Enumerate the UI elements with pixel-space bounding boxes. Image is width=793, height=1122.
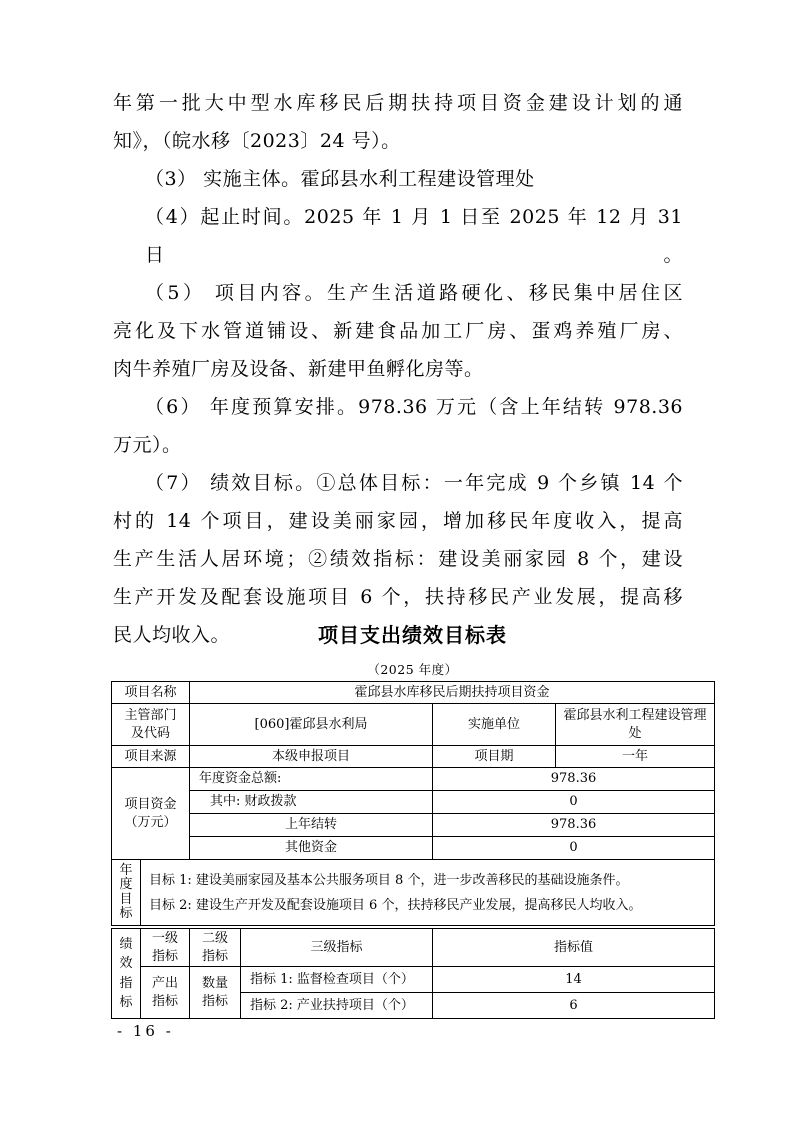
- perf-header-level2: 二级 指标: [190, 929, 241, 967]
- body-line: （6） 年度预算安排。978.36 万元（含上年结转 978.36: [113, 388, 683, 426]
- implement-unit-label: 实施单位: [433, 704, 556, 746]
- department-value: [060]霍邱县水利局: [190, 704, 433, 746]
- source-label: 项目来源: [112, 746, 190, 768]
- body-line: 生产生活人居环境；②绩效指标：建设美丽家园 8 个，建设: [113, 540, 683, 578]
- table-title: 项目支出绩效目标表: [111, 619, 714, 648]
- perf-header-value: 指标值: [433, 929, 715, 967]
- funds-fiscal-value: 0: [433, 791, 715, 814]
- body-line: 肉牛养殖厂房及设备、新建甲鱼孵化房等。: [113, 350, 683, 388]
- body-line: （7） 绩效目标。①总体目标：一年完成 9 个乡镇 14 个: [113, 464, 683, 502]
- department-label: 主管部门 及代码: [112, 704, 190, 746]
- funds-label: 项目资金 （万元）: [112, 768, 190, 860]
- annual-goal-line: 目标 1: 建设美丽家园及基本公共服务项目 8 个，进一步改善移民的基础设施条件…: [149, 868, 706, 893]
- funds-total-value: 978.36: [433, 768, 715, 791]
- perf-indicator-name: 指标 2: 产业扶持项目（个）: [241, 993, 433, 1019]
- funds-fiscal-label: 其中: 财政拨款: [190, 791, 433, 814]
- annual-goal-content: 目标 1: 建设美丽家园及基本公共服务项目 8 个，进一步改善移民的基础设施条件…: [141, 860, 715, 926]
- body-line: 生产开发及配套设施项目 6 个，扶持移民产业发展，提高移: [113, 578, 683, 616]
- page-number: - 16 -: [117, 1022, 174, 1040]
- perf-group-quantity: 数量 指标: [190, 967, 241, 1019]
- period-value: 一年: [556, 746, 715, 768]
- funds-total-label: 年度资金总额:: [190, 768, 433, 791]
- document-page: 年第一批大中型水库移民后期扶持项目资金建设计划的通 知》，（皖水移〔2023〕2…: [0, 0, 793, 1122]
- perf-header-level3: 三级指标: [241, 929, 433, 967]
- performance-label: 绩效指标: [112, 929, 141, 1019]
- body-text: 年第一批大中型水库移民后期扶持项目资金建设计划的通 知》，（皖水移〔2023〕2…: [113, 84, 683, 654]
- project-name-label: 项目名称: [112, 682, 190, 704]
- annual-goal-label: 年度目标: [112, 860, 141, 926]
- perf-indicator-value: 6: [433, 993, 715, 1019]
- performance-indicator-table: 绩效指标 一级 指标 二级 指标 三级指标 指标值 产出 指标 数量 指标 指标…: [111, 928, 715, 1019]
- body-line: 村的 14 个项目，建设美丽家园，增加移民年度收入，提高: [113, 502, 683, 540]
- funds-other-value: 0: [433, 837, 715, 860]
- funds-carryover-label: 上年结转: [190, 814, 433, 837]
- body-line: 万元）。: [113, 426, 683, 464]
- project-name-value: 霍邱县水库移民后期扶持项目资金: [190, 682, 715, 704]
- period-label: 项目期: [433, 746, 556, 768]
- perf-group-output: 产出 指标: [141, 967, 190, 1019]
- funds-carryover-value: 978.36: [433, 814, 715, 837]
- perf-header-level1: 一级 指标: [141, 929, 190, 967]
- annual-goal-line: 目标 2: 建设生产开发及配套设施项目 6 个，扶持移民产业发展，提高移民人均收…: [149, 893, 706, 918]
- source-value: 本级申报项目: [190, 746, 433, 768]
- table-subtitle: （2025 年度）: [111, 660, 714, 678]
- perf-indicator-value: 14: [433, 967, 715, 993]
- body-line: 年第一批大中型水库移民后期扶持项目资金建设计划的通: [113, 84, 683, 122]
- body-line: 知》，（皖水移〔2023〕24 号）。: [113, 122, 683, 160]
- body-line: （5） 项目内容。生产生活道路硬化、移民集中居住区: [113, 274, 683, 312]
- body-line: 亮化及下水管道铺设、新建食品加工厂房、蛋鸡养殖厂房、: [113, 312, 683, 350]
- funds-other-label: 其他资金: [190, 837, 433, 860]
- performance-target-table: 项目名称 霍邱县水库移民后期扶持项目资金 主管部门 及代码 [060]霍邱县水利…: [111, 681, 715, 926]
- body-line: （4）起止时间。2025 年 1 月 1 日至 2025 年 12 月 31 日…: [113, 198, 683, 274]
- perf-indicator-name: 指标 1: 监督检查项目（个）: [241, 967, 433, 993]
- body-line: （3） 实施主体。霍邱县水利工程建设管理处: [113, 160, 683, 198]
- implement-unit-value: 霍邱县水利工程建设管理处: [556, 704, 715, 746]
